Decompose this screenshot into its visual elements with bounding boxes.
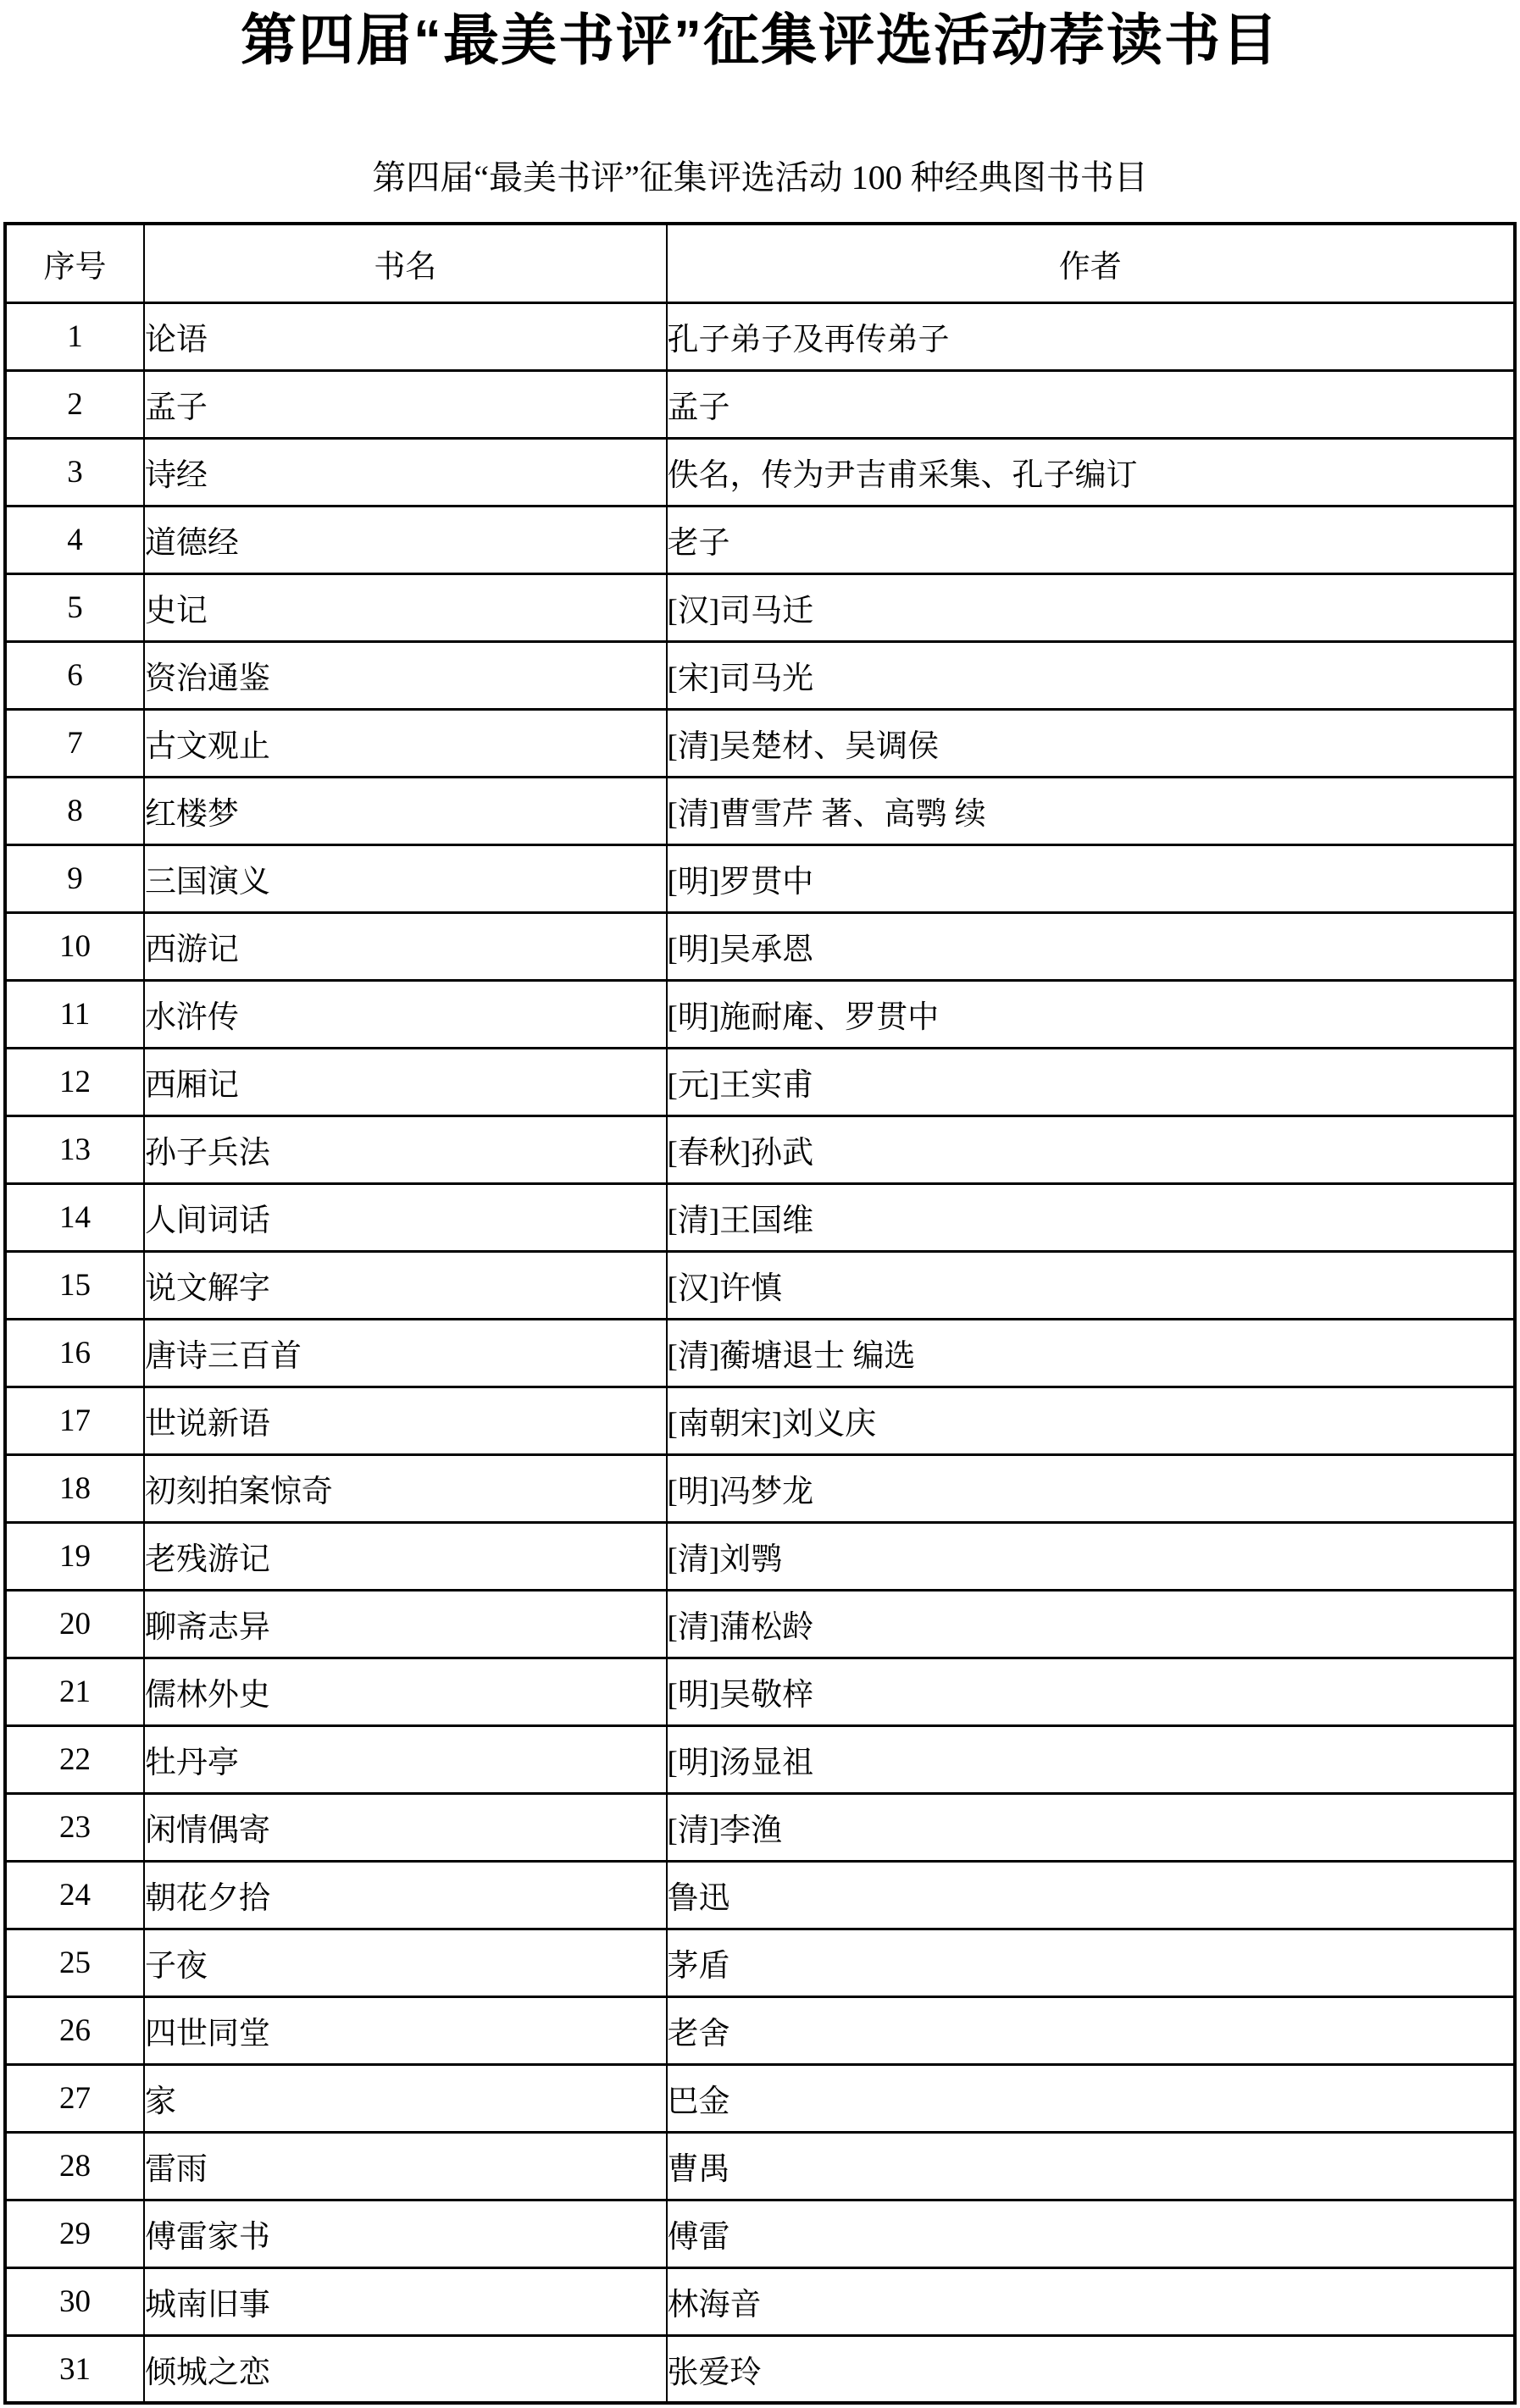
author-cell: 鲁迅 [667,1861,1516,1929]
table-row: 21 儒林外史 [明]吴敬梓 [5,1658,1515,1725]
author-cell: 茅盾 [667,1929,1516,1996]
author-cell: 老舍 [667,1996,1516,2064]
header-row: 序号 书名 作者 [5,224,1515,303]
author-cell: [明]吴敬梓 [667,1658,1516,1725]
column-header-number: 序号 [5,224,144,303]
author-cell: [汉]司马迁 [667,573,1516,641]
book-name-cell: 牡丹亭 [144,1725,667,1793]
row-number-cell: 1 [5,302,144,370]
table-row: 15 说文解字 [汉]许慎 [5,1251,1515,1319]
row-number-cell: 4 [5,506,144,573]
author-cell: 佚名，传为尹吉甫采集、孔子编订 [667,438,1516,506]
row-number-cell: 14 [5,1183,144,1251]
book-name-cell: 城南旧事 [144,2267,667,2335]
row-number-cell: 17 [5,1387,144,1454]
column-header-book-name: 书名 [144,224,667,303]
author-cell: [清]曹雪芹 著、高鹗 续 [667,777,1516,844]
book-name-cell: 儒林外史 [144,1658,667,1725]
row-number-cell: 12 [5,1048,144,1115]
author-cell: [清]李渔 [667,1793,1516,1861]
author-cell: [清]吴楚材、吴调侯 [667,709,1516,777]
book-name-cell: 倾城之恋 [144,2335,667,2403]
author-cell: [明]冯梦龙 [667,1454,1516,1522]
row-number-cell: 21 [5,1658,144,1725]
table-row: 27 家 巴金 [5,2064,1515,2132]
book-name-cell: 道德经 [144,506,667,573]
row-number-cell: 31 [5,2335,144,2403]
row-number-cell: 26 [5,1996,144,2064]
row-number-cell: 16 [5,1319,144,1387]
author-cell: 孔子弟子及再传弟子 [667,302,1516,370]
row-number-cell: 3 [5,438,144,506]
book-name-cell: 古文观止 [144,709,667,777]
row-number-cell: 5 [5,573,144,641]
row-number-cell: 15 [5,1251,144,1319]
row-number-cell: 10 [5,912,144,980]
book-name-cell: 家 [144,2064,667,2132]
author-cell: [明]汤显祖 [667,1725,1516,1793]
table-row: 23 闲情偶寄 [清]李渔 [5,1793,1515,1861]
table-row: 26 四世同堂 老舍 [5,1996,1515,2064]
table-row: 5 史记 [汉]司马迁 [5,573,1515,641]
book-name-cell: 人间词话 [144,1183,667,1251]
row-number-cell: 27 [5,2064,144,2132]
row-number-cell: 2 [5,370,144,438]
table-row: 6 资治通鉴 [宋]司马光 [5,641,1515,709]
author-cell: [元]王实甫 [667,1048,1516,1115]
table-row: 31 倾城之恋 张爱玲 [5,2335,1515,2403]
book-name-cell: 论语 [144,302,667,370]
book-name-cell: 世说新语 [144,1387,667,1454]
author-cell: 巴金 [667,2064,1516,2132]
row-number-cell: 9 [5,844,144,912]
document-title: 第四届“最美书评”征集评选活动荐读书目 [0,8,1520,73]
author-cell: 张爱玲 [667,2335,1516,2403]
book-name-cell: 说文解字 [144,1251,667,1319]
table-row: 29 傅雷家书 傅雷 [5,2200,1515,2267]
table-row: 11 水浒传 [明]施耐庵、罗贯中 [5,980,1515,1048]
row-number-cell: 23 [5,1793,144,1861]
table-row: 25 子夜 茅盾 [5,1929,1515,1996]
row-number-cell: 20 [5,1590,144,1658]
table-row: 14 人间词话 [清]王国维 [5,1183,1515,1251]
author-cell: [明]吴承恩 [667,912,1516,980]
books-table-body: 1 论语 孔子弟子及再传弟子 2 孟子 孟子 3 诗经 佚名，传为尹吉甫采集、孔… [5,302,1515,2403]
table-row: 13 孙子兵法 [春秋]孙武 [5,1115,1515,1183]
author-cell: [清]蘅塘退士 编选 [667,1319,1516,1387]
author-cell: [明]施耐庵、罗贯中 [667,980,1516,1048]
author-cell: 林海音 [667,2267,1516,2335]
book-name-cell: 资治通鉴 [144,641,667,709]
row-number-cell: 18 [5,1454,144,1522]
author-cell: [清]蒲松龄 [667,1590,1516,1658]
book-name-cell: 唐诗三百首 [144,1319,667,1387]
table-row: 17 世说新语 [南朝宋]刘义庆 [5,1387,1515,1454]
row-number-cell: 8 [5,777,144,844]
row-number-cell: 22 [5,1725,144,1793]
book-name-cell: 三国演义 [144,844,667,912]
author-cell: 老子 [667,506,1516,573]
author-cell: [春秋]孙武 [667,1115,1516,1183]
book-name-cell: 子夜 [144,1929,667,1996]
row-number-cell: 24 [5,1861,144,1929]
row-number-cell: 6 [5,641,144,709]
column-header-author: 作者 [667,224,1516,303]
row-number-cell: 29 [5,2200,144,2267]
author-cell: [清]王国维 [667,1183,1516,1251]
book-name-cell: 闲情偶寄 [144,1793,667,1861]
row-number-cell: 30 [5,2267,144,2335]
book-name-cell: 四世同堂 [144,1996,667,2064]
row-number-cell: 7 [5,709,144,777]
row-number-cell: 11 [5,980,144,1048]
book-name-cell: 孙子兵法 [144,1115,667,1183]
author-cell: [宋]司马光 [667,641,1516,709]
author-cell: 曹禺 [667,2132,1516,2200]
book-name-cell: 孟子 [144,370,667,438]
book-name-cell: 红楼梦 [144,777,667,844]
author-cell: [南朝宋]刘义庆 [667,1387,1516,1454]
table-row: 30 城南旧事 林海音 [5,2267,1515,2335]
table-row: 7 古文观止 [清]吴楚材、吴调侯 [5,709,1515,777]
table-row: 1 论语 孔子弟子及再传弟子 [5,302,1515,370]
row-number-cell: 19 [5,1522,144,1590]
book-name-cell: 聊斋志异 [144,1590,667,1658]
books-table-header: 序号 书名 作者 [5,224,1515,303]
row-number-cell: 28 [5,2132,144,2200]
book-name-cell: 初刻拍案惊奇 [144,1454,667,1522]
book-name-cell: 西厢记 [144,1048,667,1115]
table-row: 2 孟子 孟子 [5,370,1515,438]
author-cell: 孟子 [667,370,1516,438]
table-row: 3 诗经 佚名，传为尹吉甫采集、孔子编订 [5,438,1515,506]
table-row: 12 西厢记 [元]王实甫 [5,1048,1515,1115]
table-row: 20 聊斋志异 [清]蒲松龄 [5,1590,1515,1658]
row-number-cell: 13 [5,1115,144,1183]
book-name-cell: 傅雷家书 [144,2200,667,2267]
table-row: 9 三国演义 [明]罗贯中 [5,844,1515,912]
book-name-cell: 西游记 [144,912,667,980]
author-cell: [明]罗贯中 [667,844,1516,912]
books-table: 序号 书名 作者 1 论语 孔子弟子及再传弟子 2 孟子 孟子 3 诗经 佚名，… [3,222,1517,2405]
author-cell: [汉]许慎 [667,1251,1516,1319]
table-row: 16 唐诗三百首 [清]蘅塘退士 编选 [5,1319,1515,1387]
table-row: 10 西游记 [明]吴承恩 [5,912,1515,980]
book-name-cell: 诗经 [144,438,667,506]
table-row: 8 红楼梦 [清]曹雪芹 著、高鹗 续 [5,777,1515,844]
document-page: 第四届“最美书评”征集评选活动荐读书目 第四届“最美书评”征集评选活动 100 … [0,0,1520,2408]
table-row: 19 老残游记 [清]刘鹗 [5,1522,1515,1590]
table-row: 28 雷雨 曹禺 [5,2132,1515,2200]
book-name-cell: 水浒传 [144,980,667,1048]
table-row: 22 牡丹亭 [明]汤显祖 [5,1725,1515,1793]
document-subtitle: 第四届“最美书评”征集评选活动 100 种经典图书书目 [0,158,1520,198]
author-cell: [清]刘鹗 [667,1522,1516,1590]
table-row: 4 道德经 老子 [5,506,1515,573]
book-name-cell: 老残游记 [144,1522,667,1590]
book-name-cell: 朝花夕拾 [144,1861,667,1929]
table-row: 18 初刻拍案惊奇 [明]冯梦龙 [5,1454,1515,1522]
book-name-cell: 史记 [144,573,667,641]
row-number-cell: 25 [5,1929,144,1996]
table-row: 24 朝花夕拾 鲁迅 [5,1861,1515,1929]
book-name-cell: 雷雨 [144,2132,667,2200]
author-cell: 傅雷 [667,2200,1516,2267]
